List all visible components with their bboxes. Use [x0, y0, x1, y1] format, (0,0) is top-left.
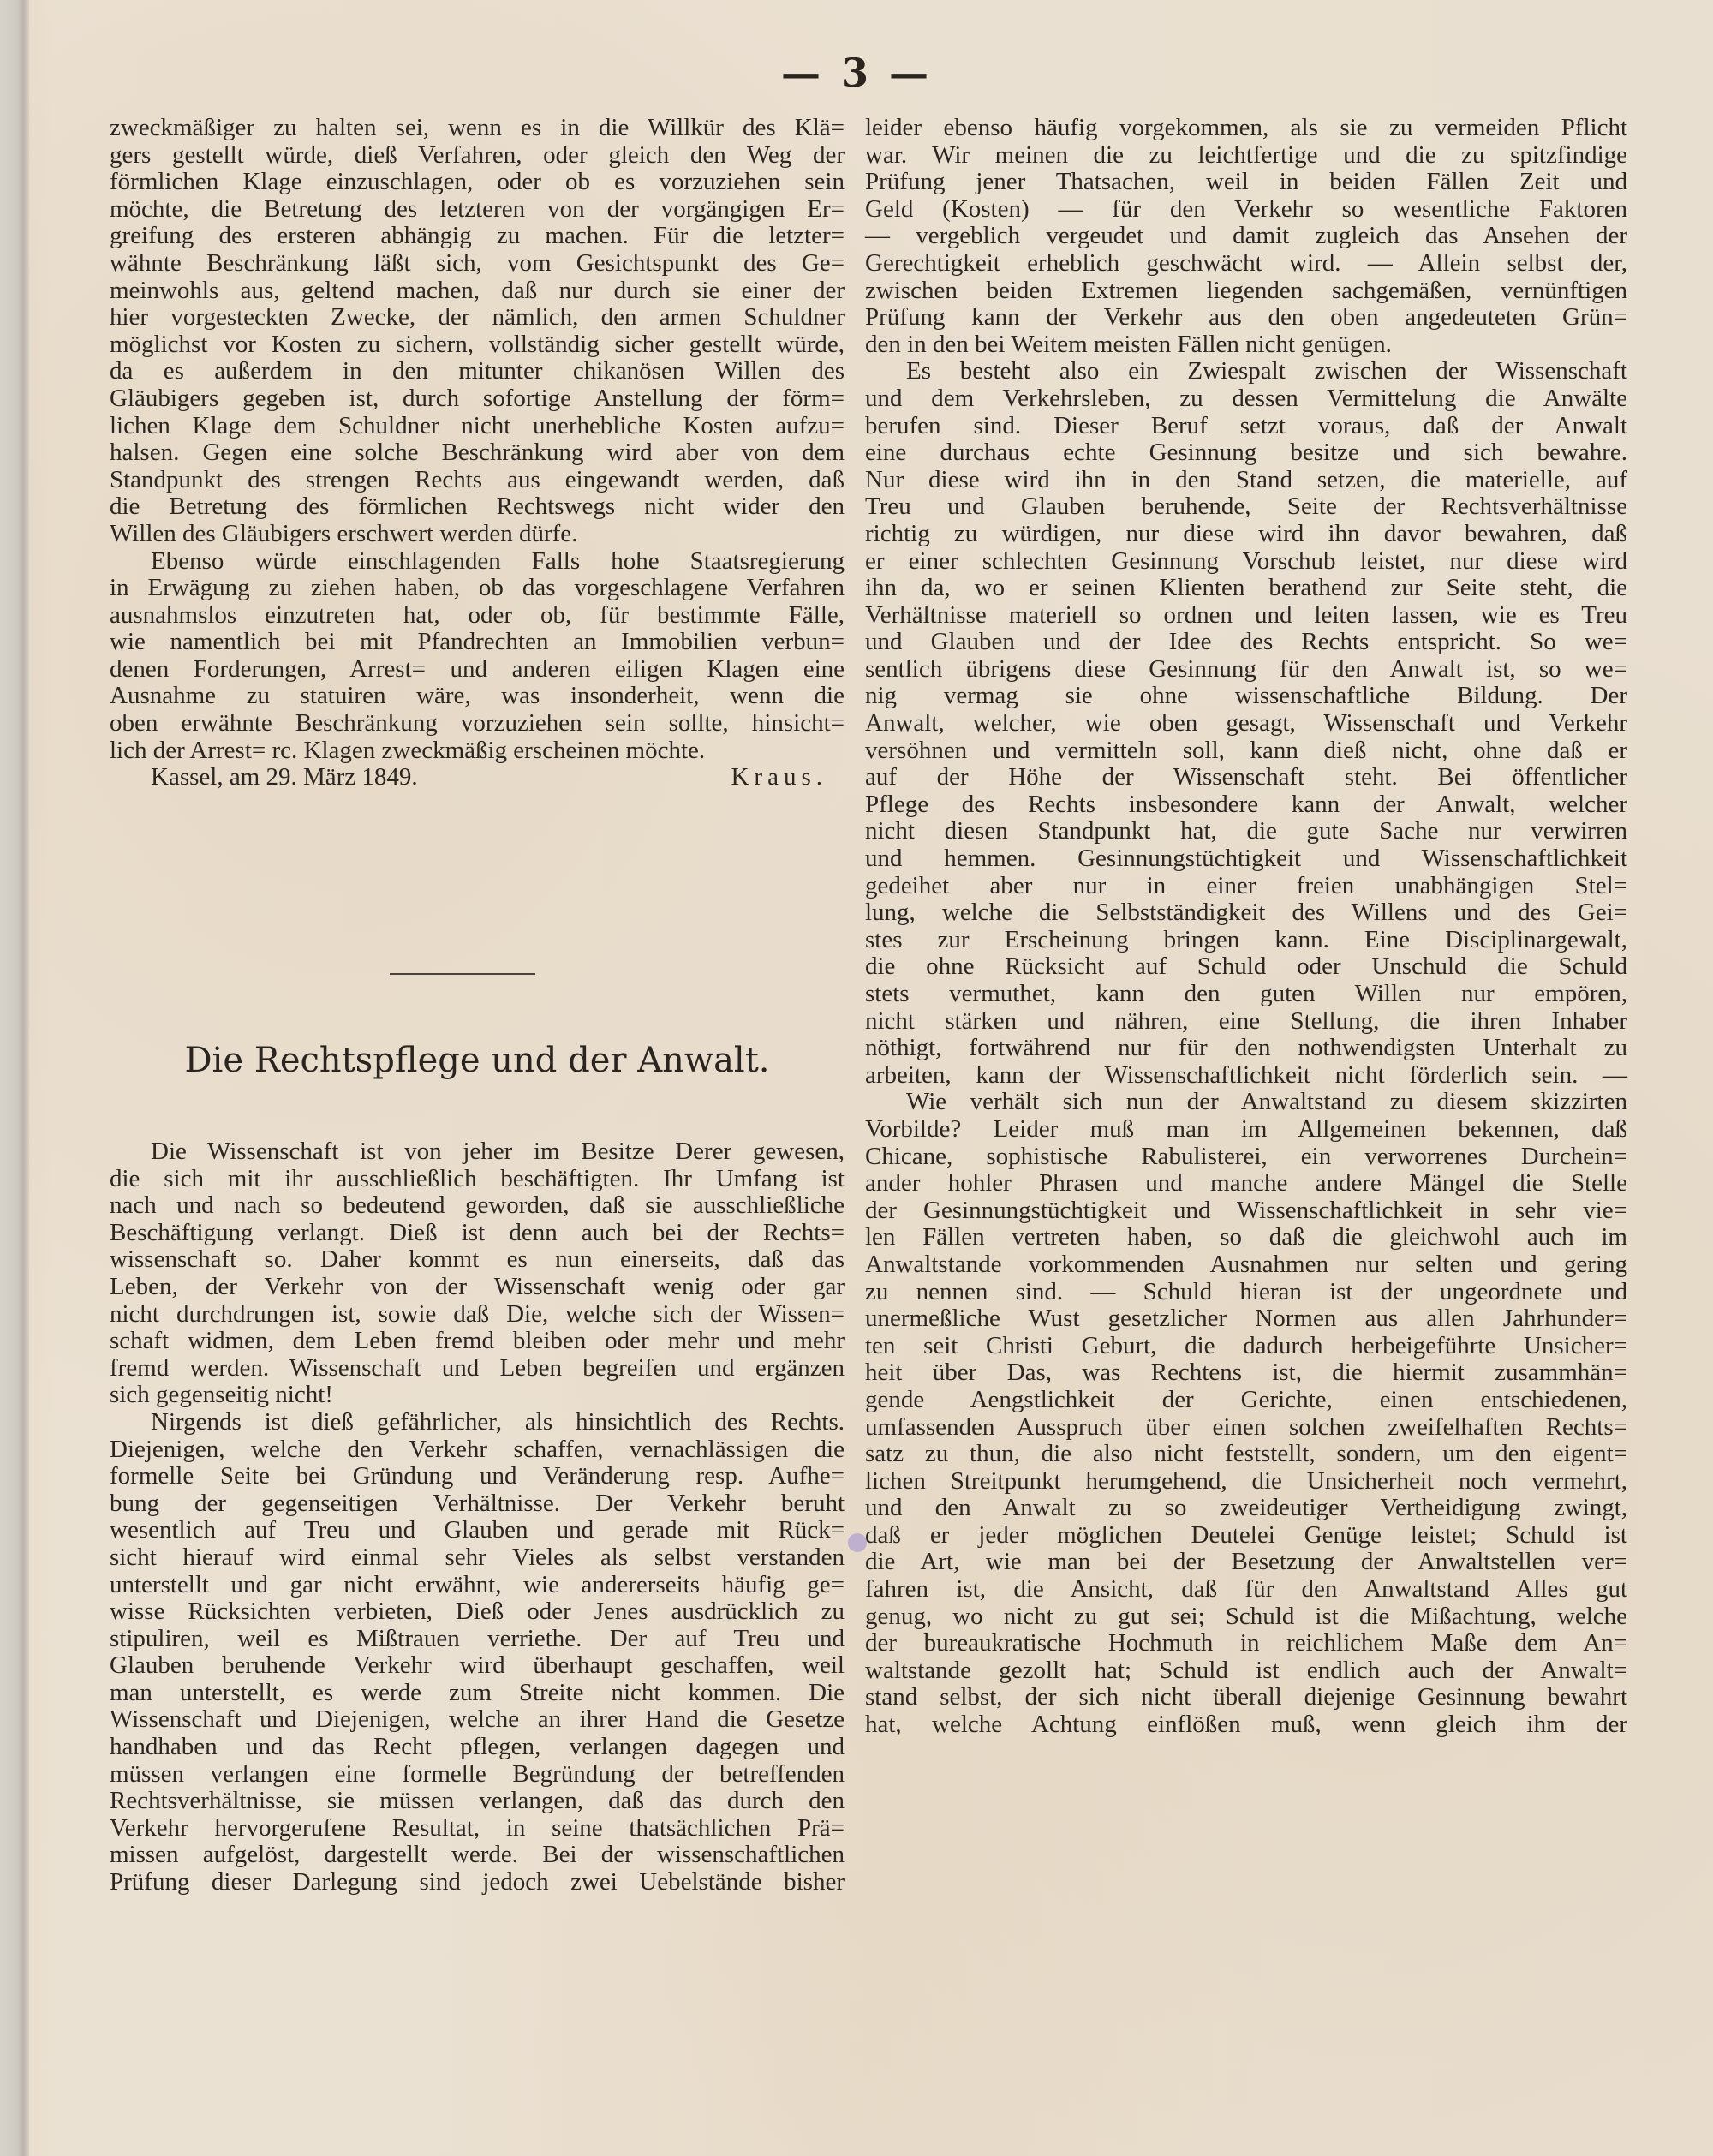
text-line: wissenschaft so. Daher kommt es nun eine… [110, 1246, 845, 1274]
text-line: Gerechtigkeit erheblich geschwächt wird.… [865, 250, 1627, 278]
text-line: Nur diese wird ihn in den Stand setzen, … [865, 467, 1627, 494]
text-line: nicht stärken und nähren, eine Stellung,… [865, 1008, 1627, 1036]
text-line: stets vermuthet, kann den guten Willen n… [865, 981, 1627, 1008]
text-line: — vergeblich vergeudet und damit zugleic… [865, 223, 1627, 250]
text-line: sich gegenseitig nicht! [110, 1382, 845, 1409]
text-line: lich der Arrest= rc. Klagen zweckmäßig e… [110, 738, 845, 765]
text-line: auf der Höhe der Wissenschaft steht. Bei… [865, 764, 1627, 791]
text-line: ihn da, wo er seinen Klienten berathend … [865, 575, 1627, 602]
text-line: Pflege des Rechts insbesondere kann der … [865, 791, 1627, 819]
text-line: sicht hierauf wird einmal sehr Vieles al… [110, 1544, 845, 1572]
text-line: sentlich übrigens diese Gesinnung für de… [865, 656, 1627, 684]
text-line: förmlichen Klage einzuschlagen, oder ob … [110, 169, 845, 196]
author-name: Kraus. [731, 764, 827, 791]
text-line: zweckmäßiger zu halten sei, wenn es in d… [110, 115, 845, 142]
text-line: Standpunkt des strengen Rechts aus einge… [110, 467, 845, 494]
text-line: Ebenso würde einschlagenden Falls hohe S… [110, 548, 845, 576]
text-line: war. Wir meinen die zu leichtfertige und… [865, 142, 1627, 170]
text-line: Chicane, sophistische Rabulisterei, ein … [865, 1144, 1627, 1171]
article-paragraph-1: Die Wissenschaft ist von jeher im Besitz… [110, 1138, 845, 1409]
right-paragraph-3: Wie verhält sich nun der Anwaltstand zu … [865, 1089, 1627, 1738]
text-line: umfassenden Ausspruch über einen solchen… [865, 1414, 1627, 1442]
text-line: wie namentlich bei mit Pfandrechten an I… [110, 629, 845, 656]
text-line: Willen des Gläubigers erschwert werden d… [110, 521, 845, 548]
text-line: möchte, die Betretung des letzteren von … [110, 196, 845, 224]
text-line: stand selbst, der sich nicht überall die… [865, 1684, 1627, 1711]
text-line: eine durchaus echte Gesinnung besitze un… [865, 439, 1627, 467]
text-line: zwischen beiden Extremen liegenden sachg… [865, 278, 1627, 305]
article-title: Die Rechtspflege und der Anwalt. [110, 1041, 845, 1080]
text-line: Diejenigen, welche den Verkehr schaffen,… [110, 1436, 845, 1464]
text-line: Prüfung jener Thatsachen, weil in beiden… [865, 169, 1627, 196]
text-line: man unterstellt, es werde zum Streite ni… [110, 1680, 845, 1707]
text-line: der bureaukratische Hochmuth in reichlic… [865, 1630, 1627, 1657]
text-line: Glauben beruhende Verkehr wird überhaupt… [110, 1652, 845, 1680]
text-line: nicht durchdrungen ist, sowie daß Die, w… [110, 1301, 845, 1329]
text-line: Verhältnisse materiell so ordnen und lei… [865, 602, 1627, 630]
text-line: greifung des ersteren abhängig zu machen… [110, 223, 845, 250]
text-line: versöhnen und vermitteln soll, kann dieß… [865, 738, 1627, 765]
page-binding-edge [0, 0, 29, 2156]
text-line: Rechtsverhältnisse, sie müssen verlangen… [110, 1788, 845, 1815]
text-line: denen Forderungen, Arrest= und anderen e… [110, 656, 845, 684]
text-line: die Art, wie man bei der Besetzung der A… [865, 1549, 1627, 1576]
text-line: leider ebenso häufig vorgekommen, als si… [865, 115, 1627, 142]
text-line: Leben, der Verkehr von der Wissenschaft … [110, 1274, 845, 1301]
place-date: Kassel, am 29. März 1849. [151, 764, 418, 791]
text-line: der Gesinnungstüchtigkeit und Wissenscha… [865, 1197, 1627, 1225]
text-line: hat, welche Achtung einflößen muß, wenn … [865, 1711, 1627, 1739]
text-line: Beschäftigung verlangt. Dieß ist denn au… [110, 1220, 845, 1247]
text-line: ten seit Christi Geburt, die dadurch her… [865, 1333, 1627, 1360]
text-line: unermeßliche Wust gesetzlicher Normen au… [865, 1305, 1627, 1333]
text-line: müssen verlangen eine formelle Begründun… [110, 1761, 845, 1789]
text-line: Verkehr hervorgerufene Resultat, in sein… [110, 1815, 845, 1842]
text-line: und dem Verkehrsleben, zu dessen Vermitt… [865, 385, 1627, 413]
text-line: bung der gegenseitigen Verhältnisse. Der… [110, 1490, 845, 1518]
page-number: — 3 — [0, 50, 1713, 96]
text-line: missen aufgelöst, dargestellt werde. Bei… [110, 1842, 845, 1869]
text-line: fremd werden. Wissenschaft und Leben beg… [110, 1355, 845, 1383]
text-line: nach und nach so bedeutend geworden, daß… [110, 1192, 845, 1220]
text-line: den in den bei Weitem meisten Fällen nic… [865, 331, 1627, 359]
text-line: und Glauben und der Idee des Rechts ents… [865, 629, 1627, 656]
text-line: Geld (Kosten) — für den Verkehr so wesen… [865, 196, 1627, 224]
text-line: lung, welche die Selbstständigkeit des W… [865, 899, 1627, 927]
text-line: waltstande gezollt hat; Schuld ist endli… [865, 1657, 1627, 1685]
text-line: berufen sind. Dieser Beruf setzt voraus,… [865, 413, 1627, 440]
text-line: nöthigt, fortwährend nur für den nothwen… [865, 1035, 1627, 1062]
article-paragraph-2: Nirgends ist dieß gefährlicher, als hins… [110, 1409, 845, 1896]
text-line: in Erwägung zu ziehen haben, ob das vorg… [110, 575, 845, 602]
text-line: halsen. Gegen eine solche Beschränkung w… [110, 439, 845, 467]
text-line: zu nennen sind. — Schuld hieran ist der … [865, 1279, 1627, 1306]
text-line: und den Anwalt zu so zweideutiger Verthe… [865, 1495, 1627, 1522]
text-line: gedeihet aber nur in einer freien unabhä… [865, 873, 1627, 900]
text-line: wisse Rücksichten verbieten, Dieß oder J… [110, 1598, 845, 1626]
text-line: Wie verhält sich nun der Anwaltstand zu … [865, 1089, 1627, 1116]
text-line: gende Aengstlichkeit der Gerichte, einen… [865, 1387, 1627, 1414]
text-line: stipuliren, weil es Mißtrauen verriethe.… [110, 1626, 845, 1653]
text-line: hier vorgesteckten Zwecke, der nämlich, … [110, 304, 845, 331]
text-line: gers gestellt würde, dieß Verfahren, ode… [110, 142, 845, 170]
text-line: Prüfung kann der Verkehr aus den oben an… [865, 304, 1627, 331]
text-line: arbeiten, kann der Wissenschaftlichkeit … [865, 1062, 1627, 1090]
text-line: richtig zu würdigen, nur diese wird ihn … [865, 521, 1627, 548]
right-paragraph-1: leider ebenso häufig vorgekommen, als si… [865, 115, 1627, 358]
text-line: möglichst vor Kosten zu sichern, vollstä… [110, 331, 845, 359]
left-column-continuation: zweckmäßiger zu halten sei, wenn es in d… [110, 115, 845, 791]
text-line: Prüfung dieser Darlegung sind jedoch zwe… [110, 1869, 845, 1896]
text-line: heit über Das, was Rechtens ist, die hie… [865, 1359, 1627, 1387]
text-line: satz zu thun, die also nicht feststellt,… [865, 1441, 1627, 1468]
text-line: fahren ist, die Ansicht, daß für den Anw… [865, 1576, 1627, 1604]
text-line: wähnte Beschränkung läßt sich, vom Gesic… [110, 250, 845, 278]
text-line: und hemmen. Gesinnungstüchtigkeit und Wi… [865, 845, 1627, 873]
second-paragraph: Ebenso würde einschlagenden Falls hohe S… [110, 548, 845, 765]
text-line: wesentlich auf Treu und Glauben und gera… [110, 1517, 845, 1544]
text-line: Es besteht also ein Zwiespalt zwischen d… [865, 358, 1627, 385]
text-line: Treu und Glauben beruhende, Seite der Re… [865, 493, 1627, 521]
text-line: nicht diesen Standpunkt hat, die gute Sa… [865, 818, 1627, 845]
text-line: Wissenschaft und Diejenigen, welche an i… [110, 1706, 845, 1734]
text-line: Ausnahme zu statuiren wäre, was insonder… [110, 683, 845, 710]
text-line: oben erwähnte Beschränkung vorzuziehen s… [110, 710, 845, 738]
text-line: handhaben und das Recht pflegen, verlang… [110, 1734, 845, 1761]
text-line: nig vermag sie ohne wissenschaftliche Bi… [865, 683, 1627, 710]
text-line: ausnahmslos einzutreten hat, oder ob, fü… [110, 602, 845, 630]
text-line: Nirgends ist dieß gefährlicher, als hins… [110, 1409, 845, 1436]
text-line: unterstellt und gar nicht erwähnt, wie a… [110, 1572, 845, 1599]
text-line: die Betretung des förmlichen Rechtswegs … [110, 493, 845, 521]
text-line: Die Wissenschaft ist von jeher im Besitz… [110, 1138, 845, 1166]
text-line: Gläubigers gegeben ist, durch sofortige … [110, 385, 845, 413]
text-line: Anwalt, welcher, wie oben gesagt, Wissen… [865, 710, 1627, 738]
text-line: die sich mit ihr ausschließlich beschäft… [110, 1166, 845, 1193]
text-line: er einer schlechten Gesinnung Vorschub l… [865, 548, 1627, 576]
text-line: Anwaltstande vorkommenden Ausnahmen nur … [865, 1251, 1627, 1279]
text-line: len Fällen vertreten haben, so daß die g… [865, 1224, 1627, 1251]
text-line: lichen Klage dem Schuldner nicht unerheb… [110, 413, 845, 440]
text-line: daß er jeder möglichen Deutelei Genüge l… [865, 1522, 1627, 1550]
section-divider [390, 973, 535, 975]
text-line: meinwohls aus, geltend machen, daß nur d… [110, 278, 845, 305]
text-line: die ohne Rücksicht auf Schuld oder Unsch… [865, 953, 1627, 981]
article-body-left: Die Wissenschaft ist von jeher im Besitz… [110, 1138, 845, 1896]
text-line: lichen Streitpunkt herumgehend, die Unsi… [865, 1468, 1627, 1496]
text-line: schaft widmen, dem Leben fremd bleiben o… [110, 1328, 845, 1355]
signature: Kassel, am 29. März 1849. Kraus. [110, 764, 845, 791]
text-line: genug, wo nicht zu gut sei; Schuld ist d… [865, 1604, 1627, 1631]
text-line: formelle Seite bei Gründung und Veränder… [110, 1463, 845, 1490]
text-line: Vorbilde? Leider muß man im Allgemeinen … [865, 1116, 1627, 1144]
text-line: ander hohler Phrasen und manche andere M… [865, 1170, 1627, 1197]
continuation-paragraph: zweckmäßiger zu halten sei, wenn es in d… [110, 115, 845, 548]
text-line: da es außerdem in den mitunter chikanöse… [110, 358, 845, 385]
marker-dot [848, 1533, 867, 1552]
right-paragraph-2: Es besteht also ein Zwiespalt zwischen d… [865, 358, 1627, 1089]
text-line: stes zur Erscheinung bringen kann. Eine … [865, 927, 1627, 954]
article-body-right: leider ebenso häufig vorgekommen, als si… [865, 115, 1627, 1739]
